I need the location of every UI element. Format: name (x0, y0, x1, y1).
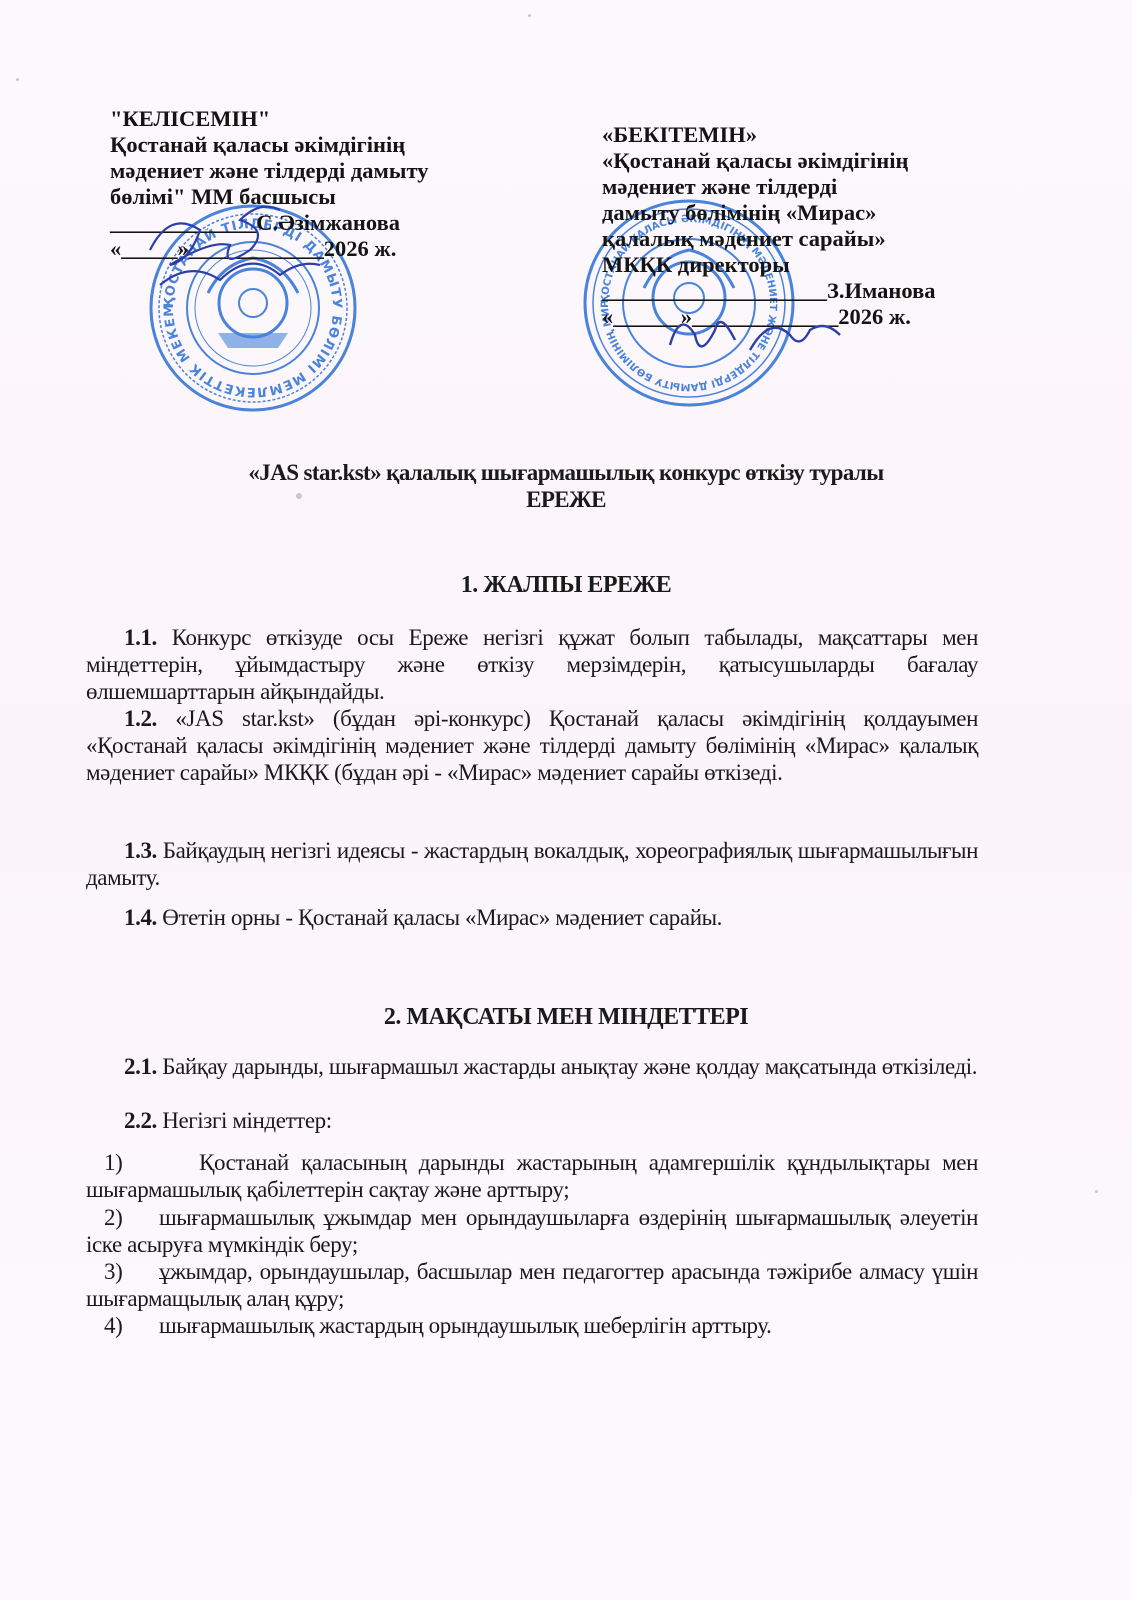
list-item: 3)ұжымдар, орындаушылар, басшылар мен пе… (86, 1258, 978, 1312)
approval-line: «Қостанай қаласы әкімдігінің (602, 148, 935, 174)
paragraph-1-1: 1.1. Конкурс өткізуде осы Ереже негізгі … (86, 624, 978, 705)
list-item: 4)шығармашылық жастардың орындаушылық ше… (86, 1312, 978, 1339)
document-subtitle: ЕРЕЖЕ (0, 487, 1132, 513)
approval-line: мәдениет және тілдерді (602, 174, 935, 200)
approval-line: қалалық мәдениет сарайы» (602, 226, 935, 252)
paragraph-1-2: 1.2. «JAS star.kst» (бұдан әрі-конкурс) … (86, 705, 978, 786)
document-title: «JAS star.kst» қалалық шығармашылық конк… (0, 460, 1132, 486)
list-item: 2)шығармашылық ұжымдар мен орындаушыларғ… (86, 1204, 978, 1258)
approval-line: дамыту бөлімінің «Мирас» (602, 200, 935, 226)
paragraph-2-2: 2.2. Негізгі міндеттер: (86, 1107, 978, 1134)
signature-left (130, 190, 330, 300)
paragraph-2-1: 2.1. Байқау дарынды, шығармашыл жастарды… (86, 1053, 978, 1080)
paragraph-1-4: 1.4. Өтетін орны - Қостанай қаласы «Мира… (86, 904, 978, 931)
approval-line: Қостанай қаласы әкімдігінің (110, 132, 428, 158)
section-heading: 2. МАҚСАТЫ МЕН МІНДЕТТЕРІ (0, 1004, 1132, 1031)
scan-speck (528, 14, 531, 17)
scan-speck (16, 78, 19, 81)
approval-line: МКҚК директоры (602, 252, 935, 278)
list-item: 1)Қостанай қаласының дарынды жастарының … (86, 1149, 978, 1203)
signature-right (660, 290, 850, 375)
approval-line: мәдениет және тілдерді дамыту (110, 158, 428, 184)
scan-speck (1095, 1190, 1098, 1193)
scanned-page: ҚОСТАНАЙ ТІЛДЕРДІ ДАМЫТУ БӨЛІМІ МЕМЛЕКЕТ… (0, 0, 1132, 1600)
approval-heading: «БЕКІТЕМІН» (602, 122, 935, 148)
paragraph-1-3: 1.3. Байқаудың негізгі идеясы - жастарды… (86, 837, 978, 891)
section-heading: 1. ЖАЛПЫ ЕРЕЖЕ (0, 572, 1132, 599)
approval-heading: "КЕЛІСЕМІН" (110, 106, 428, 132)
